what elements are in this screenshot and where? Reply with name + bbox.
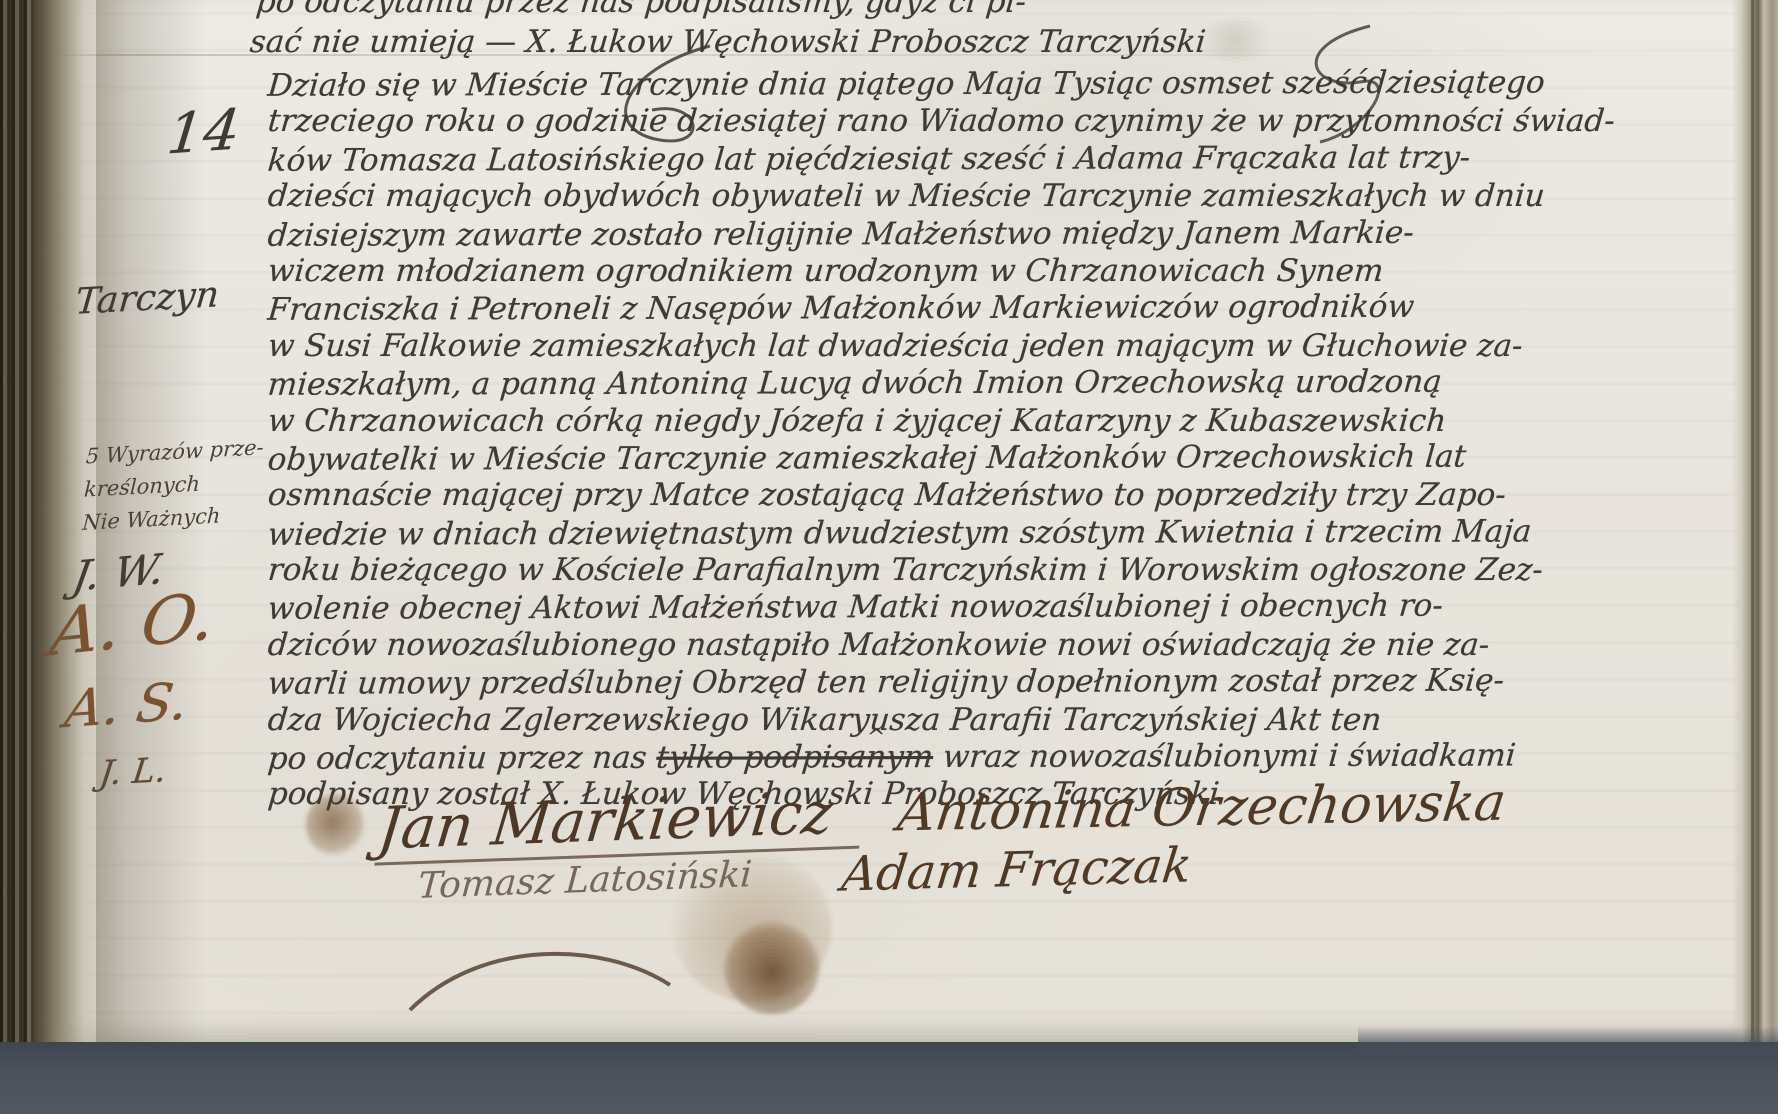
act-text-line: wolenie obecnej Aktowi Małżeństwa Matki … <box>266 588 1616 629</box>
page-edge-line <box>1751 0 1754 1042</box>
act-text-line: Franciszka i Petroneli z Nasępów Małżonk… <box>266 289 1616 330</box>
act-text-line: trzeciego roku o godzinie dziesiątej ran… <box>266 103 1616 140</box>
ink-stain <box>724 922 820 1014</box>
previous-act-fragment-line: po odczytaniu przez nas podpisaliśmy, gd… <box>254 0 1027 20</box>
margin-paraph-initials: J. L. <box>97 750 168 793</box>
act-text-line: dziców nowozaślubionego nastąpiło Małżon… <box>266 627 1616 664</box>
act-text-line: w Chrzanowicach córką niegdy Józefa i ży… <box>266 403 1616 440</box>
act-text-line: roku bieżącego w Kościele Parafialnym Ta… <box>266 552 1616 589</box>
act-text-line: obywatelki w Mieście Tarczynie zamieszka… <box>266 438 1616 479</box>
act-text-line: Działo się w Mieście Tarczynie dnia piąt… <box>266 64 1616 105</box>
margin-correction-note: 5 Wyrazów prze- kreślonych Nie Ważnych <box>82 431 265 540</box>
margin-paraph-initials: A. S. <box>61 672 192 740</box>
act-place-name: Tarczyn <box>74 274 221 322</box>
act-text-line: warli umowy przedślubnej Obrzęd ten reli… <box>266 662 1616 703</box>
act-number: 14 <box>164 98 243 168</box>
signature-bride: Antonina Orzechowska <box>894 773 1509 844</box>
closing-line-pre: po odczytaniu przez nas <box>266 740 648 777</box>
insertion-caret-mark: ^ <box>866 725 887 750</box>
act-text-line: dzieści mających obydwóch obywateli w Mi… <box>266 178 1616 215</box>
act-text-line: ków Tomasza Latosińskiego lat pięćdziesi… <box>266 139 1616 180</box>
page-edge-right <box>1732 0 1778 1042</box>
act-text-line: dzisiejszym zawarte zostało religijnie M… <box>266 214 1616 255</box>
scanned-document: po odczytaniu przez nas podpisaliśmy, gd… <box>0 0 1778 1114</box>
previous-act-signature-line: sać nie umieją — X. Łukow Węchowski Prob… <box>248 24 1207 60</box>
desk-corner-shadow <box>1358 1026 1778 1054</box>
act-body-text: Działo się w Mieście Tarczynie dnia piąt… <box>268 66 1615 814</box>
act-closing-line: po odczytaniu przez nas tylko podpisanym… <box>266 737 1616 778</box>
crossed-out-words: tylko podpisanym <box>655 739 935 776</box>
act-text-line: w Susi Falkowie zamieszkałych lat dwadzi… <box>266 328 1616 365</box>
act-text-line: osmnaście mającej przy Matce zostającą M… <box>266 477 1616 514</box>
act-text-line: dza Wojciecha Zglerzewskiego Wikaryusza … <box>266 702 1616 739</box>
act-text-line: mieszkałym, a panną Antoniną Lucyą dwóch… <box>266 363 1616 404</box>
closing-line-post: wraz nowozaślubionymi i świadkami <box>941 738 1517 775</box>
pen-flourish-bottom <box>400 930 680 1020</box>
act-text-line: wiedzie w dniach dziewiętnastym dwudzies… <box>266 513 1616 554</box>
signature-witness-2: Adam Frączak <box>839 837 1195 902</box>
act-text-line: wiczem młodzianem ogrodnikiem urodzonym … <box>266 253 1616 290</box>
